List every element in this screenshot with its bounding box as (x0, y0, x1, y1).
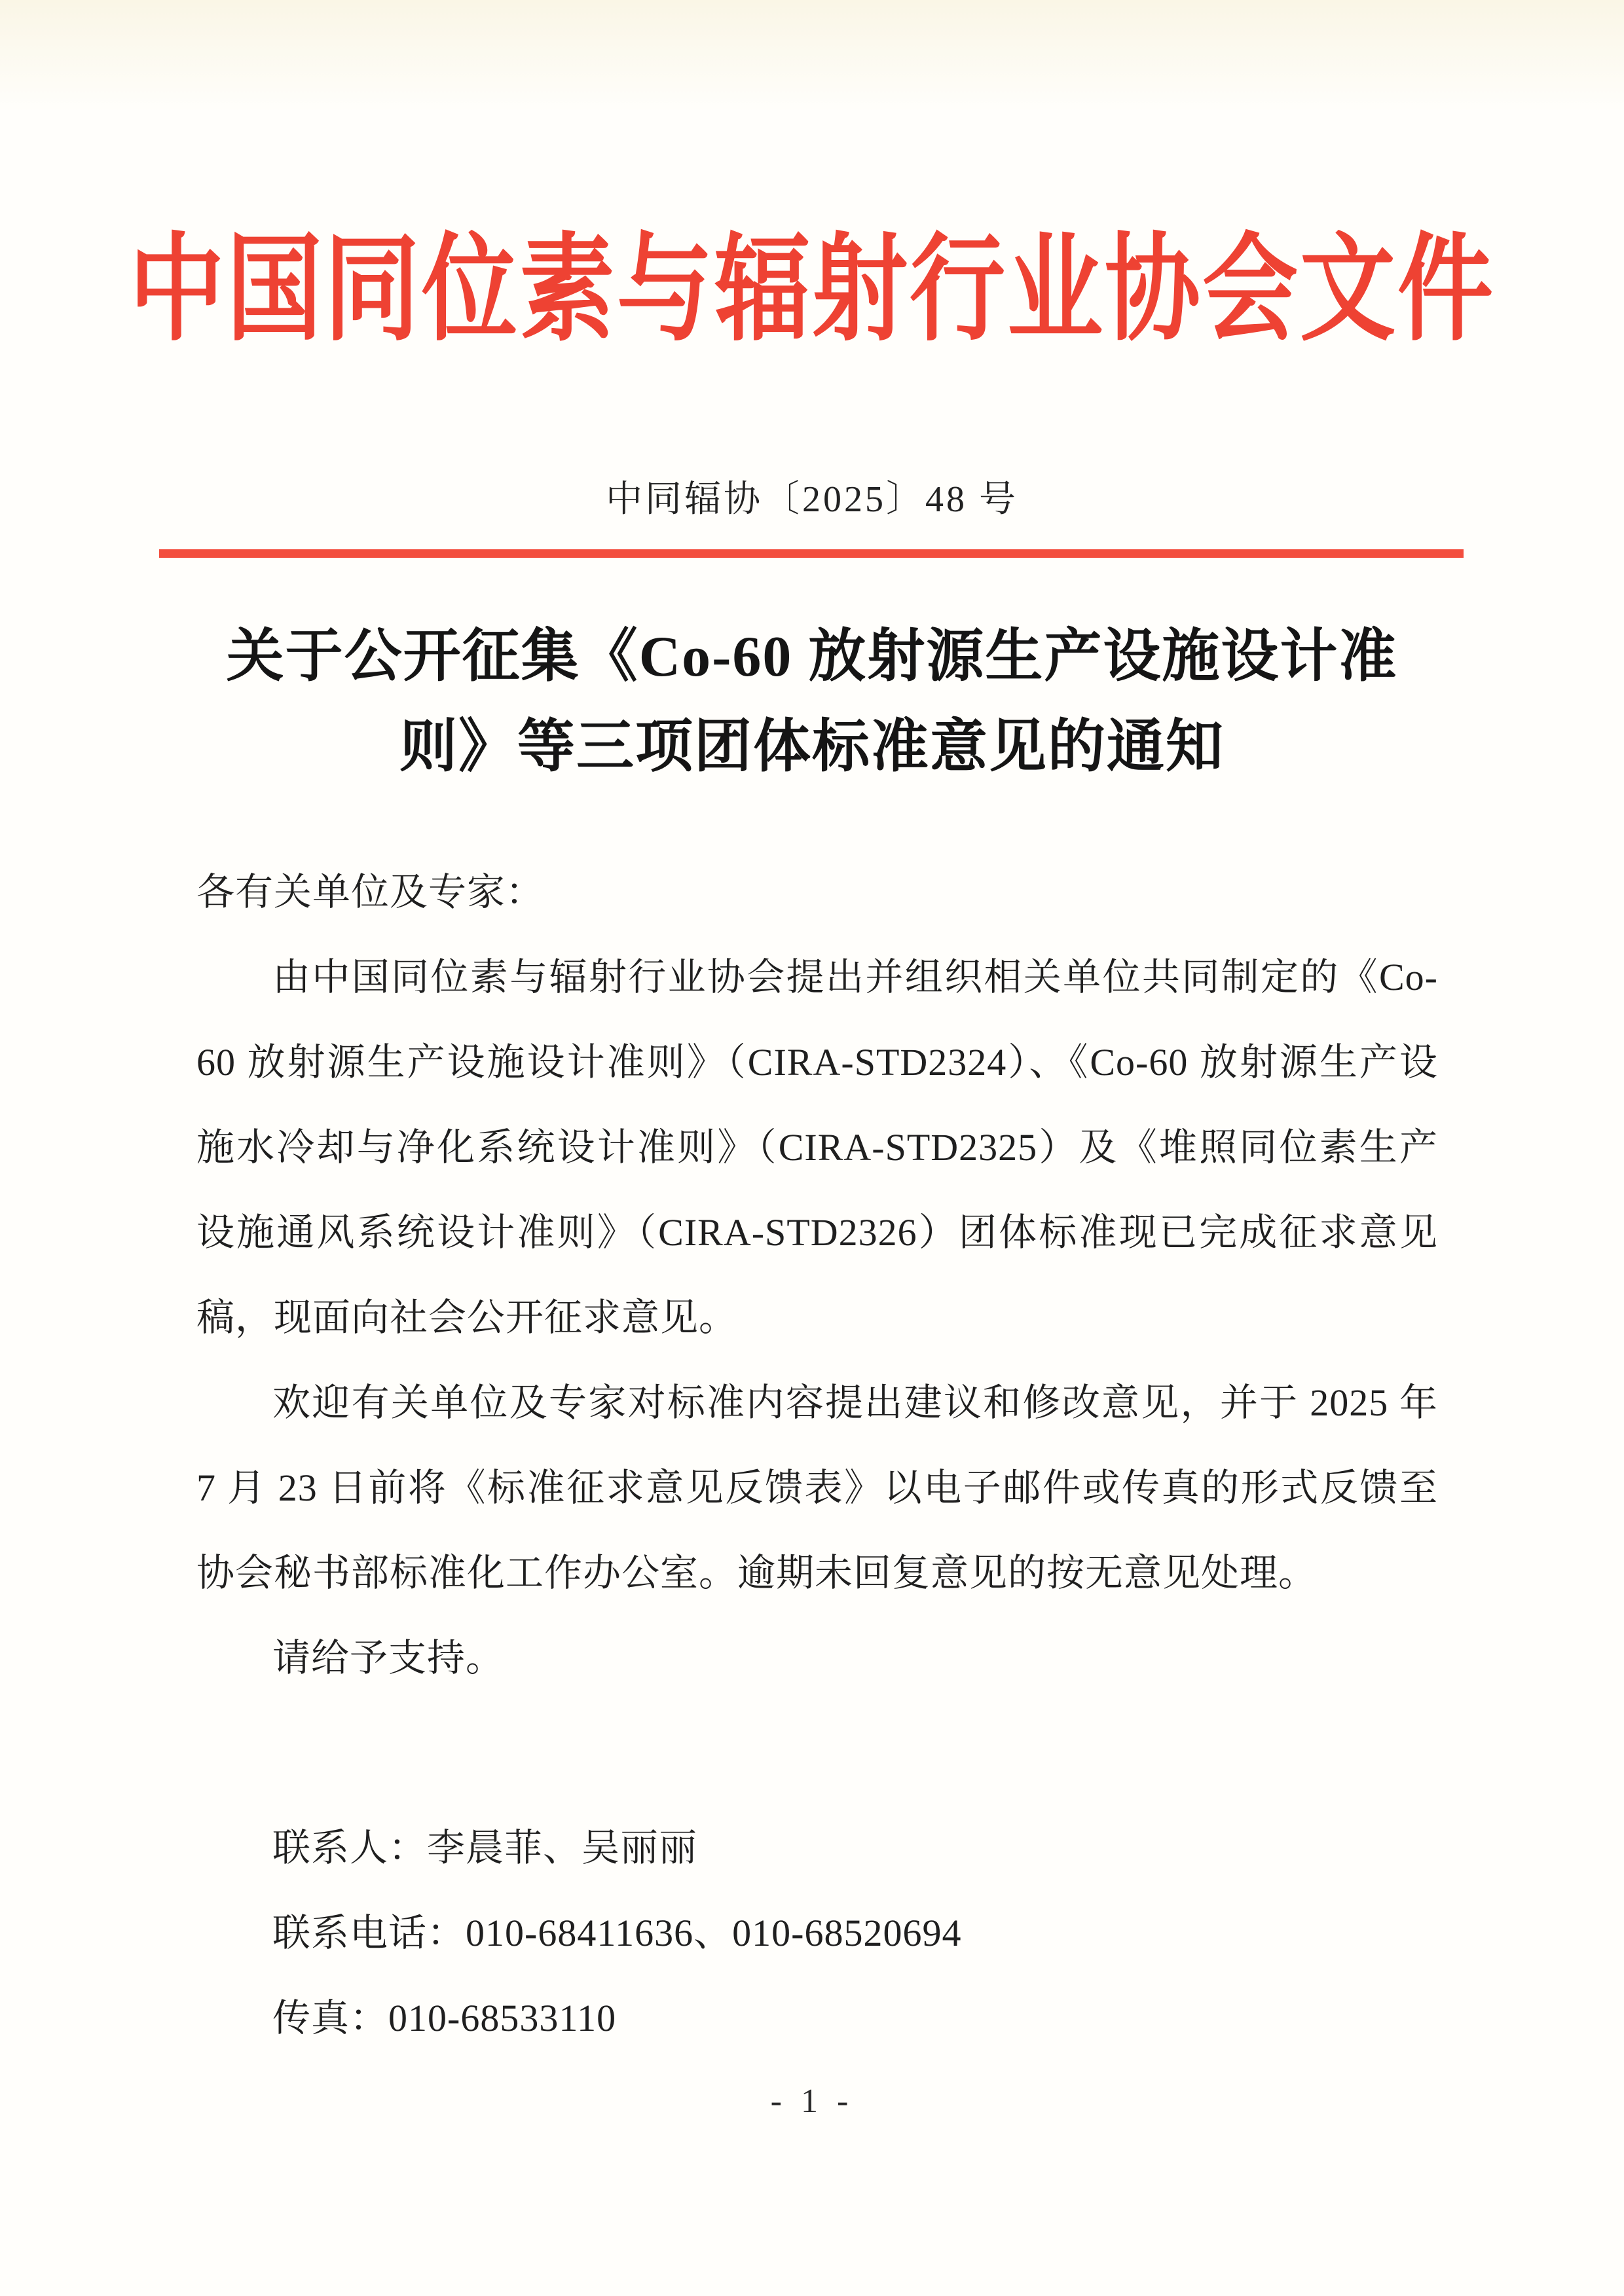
document-body: 各有关单位及专家： 由中国同位素与辐射行业协会提出并组织相关单位共同制定的《Co… (196, 850, 1438, 2061)
document-page: 中国同位素与辐射行业协会文件 中同辐协〔2025〕48 号 关于公开征集《Co-… (0, 0, 1624, 2296)
org-document-banner: 中国同位素与辐射行业协会文件 (0, 195, 1624, 363)
contact-fax: 传真：010-68533110 (272, 1976, 1438, 2061)
page-number: - 1 - (0, 2082, 1624, 2121)
body-paragraph-1: 由中国同位素与辐射行业协会提出并组织相关单位共同制定的《Co-60 放射源生产设… (196, 935, 1438, 1360)
contact-block: 联系人：李晨菲、吴丽丽 联系电话：010-68411636、010-685206… (272, 1806, 1438, 2061)
document-title-line-1: 关于公开征集《Co-60 放射源生产设施设计准 (131, 612, 1493, 702)
body-paragraph-2: 欢迎有关单位及专家对标准内容提出建议和修改意见，并于 2025 年 7 月 23… (196, 1360, 1438, 1616)
document-title-line-2: 则》等三项团体标准意见的通知 (131, 702, 1493, 793)
body-paragraph-3: 请给予支持。 (196, 1616, 1438, 1701)
document-number: 中同辐协〔2025〕48 号 (0, 470, 1624, 522)
document-title: 关于公开征集《Co-60 放射源生产设施设计准 则》等三项团体标准意见的通知 (131, 612, 1493, 793)
contact-phone: 联系电话：010-68411636、010-68520694 (272, 1891, 1438, 1976)
contact-person: 联系人：李晨菲、吴丽丽 (272, 1806, 1438, 1891)
salutation: 各有关单位及专家： (196, 850, 1438, 935)
red-divider-rule (159, 549, 1464, 558)
